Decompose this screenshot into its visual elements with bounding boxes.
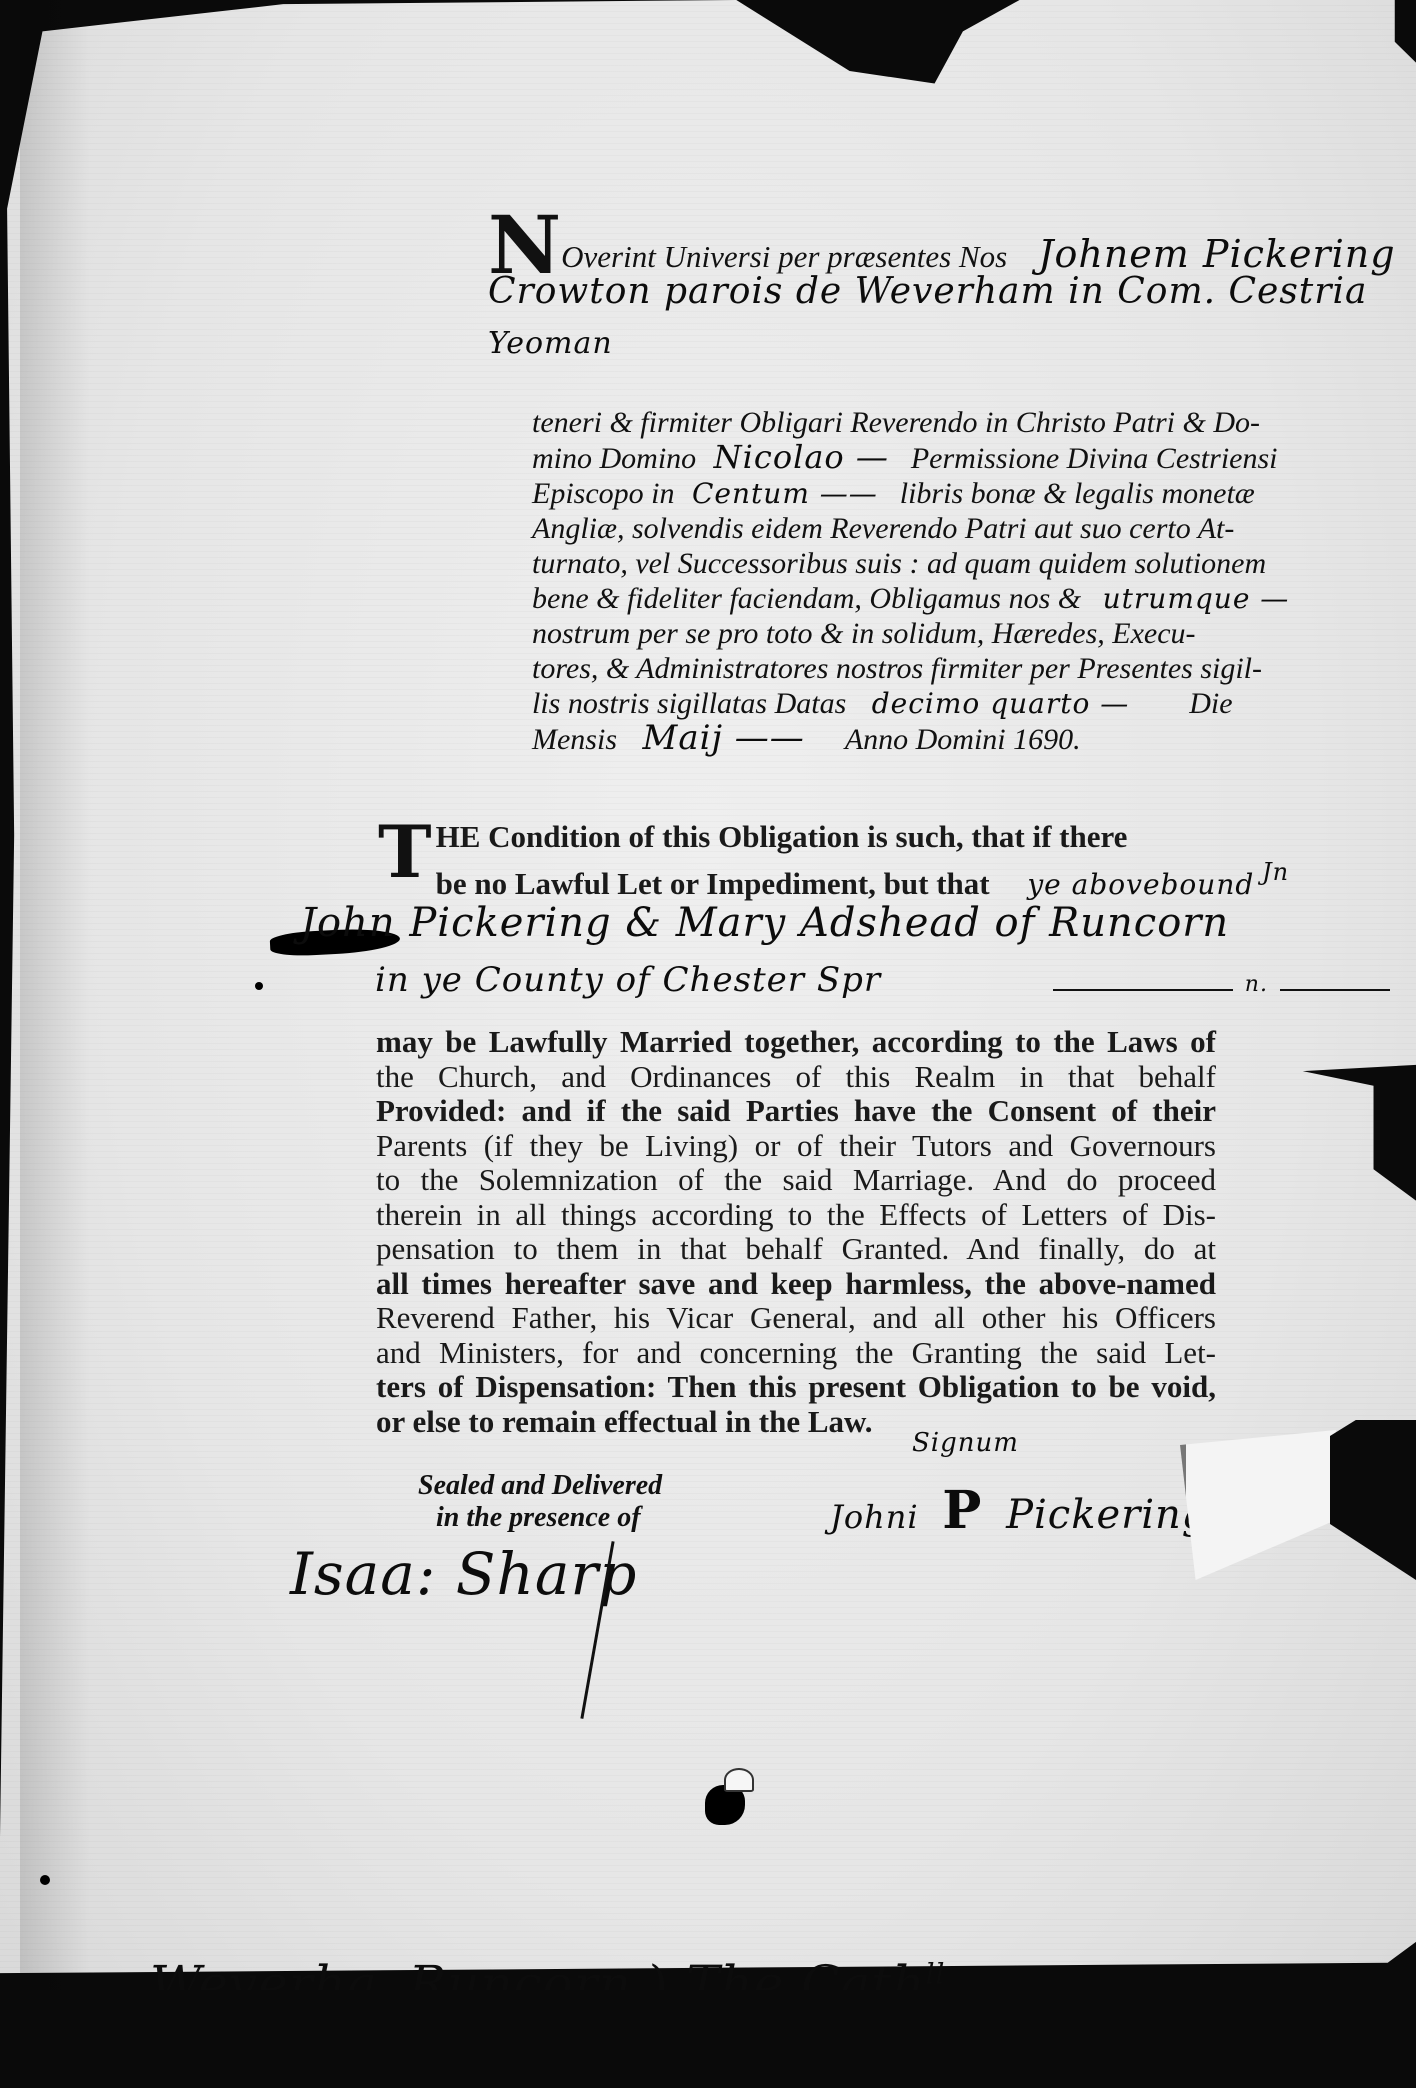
condition-body-line: all times hereafter save and keep harmle… — [376, 1267, 1216, 1302]
ink-dot — [40, 1875, 50, 1885]
handwritten-county: in ye County of Chester Spr n. — [375, 960, 1390, 1000]
latin-line: bene & fideliter faciendam, Obligamus no… — [532, 581, 1262, 616]
latin-line: Angliæ, solvendis eidem Reverendo Patri … — [532, 511, 1262, 546]
condition-body: may be Lawfully Married together, accord… — [376, 1025, 1216, 1439]
paper-fold-shadow — [20, 0, 90, 2000]
handwritten-residence: Crowton parois de Weverham in Com. Cestr… — [488, 271, 1368, 312]
condition-body-line: therein in all things according to the E… — [376, 1198, 1216, 1233]
latin-line: tores, & Administratores nostros firmite… — [532, 651, 1262, 686]
handwritten-margin-note: Jn — [1262, 858, 1289, 886]
latin-line: turnato, vel Successoribus suis : ad qua… — [532, 546, 1262, 581]
blank-line — [1053, 989, 1233, 991]
latin-obligation-body: teneri & firmiter Obligari Reverendo in … — [532, 405, 1262, 757]
handwritten-sum: Centum —— — [692, 477, 878, 510]
signature-last-name: Pickering — [1006, 1492, 1208, 1538]
paper-hole-flap — [724, 1768, 754, 1792]
endorsement-superscript: ll — [926, 1957, 946, 1990]
handwritten-day: decimo quarto — — [872, 687, 1129, 720]
handwritten-parties: John Pickering & Mary Adshead of Runcorn — [300, 900, 1229, 946]
principal-signature: Johni P Pickering — [830, 1480, 1208, 1541]
condition-body-line: may be Lawfully Married together, accord… — [376, 1025, 1216, 1060]
signature-first-name: Johni — [830, 1498, 919, 1536]
dropcap-t: T — [378, 816, 432, 888]
latin-line: nostrum per se pro toto & in solidum, Hæ… — [532, 616, 1262, 651]
blank-line — [1280, 989, 1390, 991]
latin-line: teneri & firmiter Obligari Reverendo in … — [532, 405, 1262, 440]
witness-signature: Isaa: Sharp — [290, 1540, 637, 1608]
condition-body-line: Parents (if they be Living) or of their … — [376, 1129, 1216, 1164]
condition-body-line: or else to remain effectual in the Law. — [376, 1405, 1216, 1440]
condition-body-line: to the Solemnization of the said Marriag… — [376, 1163, 1216, 1198]
condition-body-line: Reverend Father, his Vicar General, and … — [376, 1301, 1216, 1336]
handwritten-occupation: Yeoman — [488, 326, 1368, 361]
latin-line: lis nostris sigillatas Datas decimo quar… — [532, 686, 1262, 721]
handwritten-utrumque: utrumque — — [1103, 582, 1290, 615]
ink-dot — [255, 982, 263, 990]
latin-line: mino Domino Nicolao —Permissione Divina … — [532, 440, 1262, 476]
handwritten-bishop-name: Nicolao — — [714, 438, 889, 476]
latin-line: Mensis Maij ——Anno Domini 1690. — [532, 721, 1262, 757]
condition-line-2: be no Lawful Let or Impediment, but that… — [378, 855, 1278, 903]
signum-label: Signum — [912, 1428, 1019, 1458]
handwritten-month: Maij —— — [643, 718, 805, 758]
sealed-delivered-label: Sealed and Delivered in the presence of — [418, 1470, 662, 1534]
condition-body-line: Provided: and if the said Parties have t… — [376, 1094, 1216, 1129]
condition-body-line: pensation to them in that behalf Granted… — [376, 1232, 1216, 1267]
handwritten-principal-name: Johnem Pickering — [1038, 232, 1395, 276]
condition-body-line: the Church, and Ordinances of this Realm… — [376, 1060, 1216, 1095]
signature-mark: P — [942, 1480, 982, 1541]
condition-body-line: ters of Dispensation: Then this present … — [376, 1370, 1216, 1405]
condition-section: T HE Condition of this Obligation is suc… — [378, 820, 1278, 902]
printed-intro: Overint Universi per præsentes Nos — [561, 239, 1007, 274]
condition-line-1: HE Condition of this Obligation is such,… — [378, 820, 1278, 855]
scan-background-bottom — [0, 1990, 1416, 2088]
latin-line: Episcopo in Centum ——libris bonæ & legal… — [532, 476, 1262, 511]
condition-body-line: and Ministers, for and concerning the Gr… — [376, 1336, 1216, 1371]
latin-heading: NOverint Universi per præsentes Nos John… — [488, 205, 1368, 361]
handwritten-abovebound: ye abovebound — [1027, 868, 1254, 901]
